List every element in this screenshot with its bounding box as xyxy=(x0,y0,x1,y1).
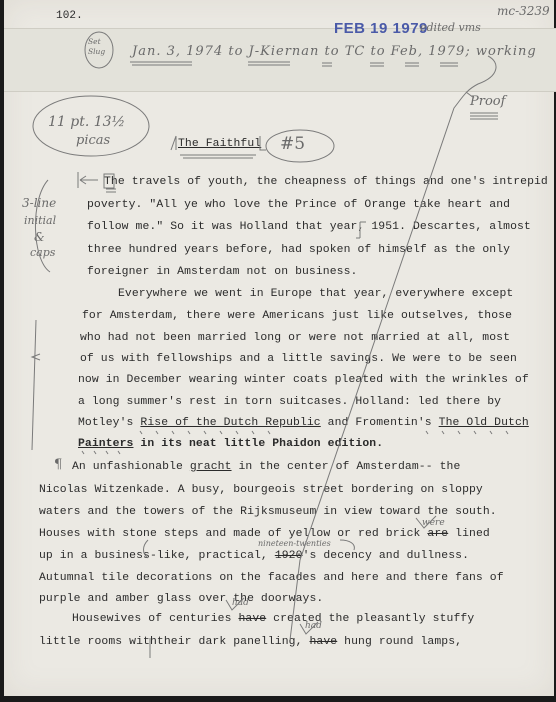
struck-word: 1920 xyxy=(275,550,303,562)
foreign-word: gracht xyxy=(190,461,232,473)
chapter-marker: #5 xyxy=(280,134,305,154)
text-fragment: hung round lamps, xyxy=(337,636,462,648)
text-line: Autumnal tile decorations on the facades… xyxy=(39,572,504,584)
text-line: poverty. "All ye who love the Prince of … xyxy=(87,199,510,211)
text-line: Painters in its neat little Phaidon edit… xyxy=(78,438,383,450)
text-line: who had not been married long or were no… xyxy=(80,332,510,344)
text-fragment: little rooms with xyxy=(39,636,157,648)
text-line: little rooms withtheir dark panelling, h… xyxy=(39,636,462,648)
text-line: The travels of youth, the cheapness of t… xyxy=(104,176,548,188)
catalog-number: mc-3239 xyxy=(497,4,550,18)
text-line: foreigner in Amsterdam not on business. xyxy=(87,266,357,278)
book-title: The Old Dutch xyxy=(439,417,529,429)
text-fragment: in its neat little Phaidon edition. xyxy=(133,438,383,450)
type-spec-note-2: picas xyxy=(76,133,110,148)
struck-word: are xyxy=(427,528,448,540)
page-number: 102. xyxy=(56,10,83,22)
text-line: Housewives of centuries have created the… xyxy=(72,613,474,625)
text-fragment: their dark panelling, xyxy=(157,636,310,648)
slug-circle-note: Set Slug xyxy=(88,37,112,57)
text-fragment: up in a business-like, practical, xyxy=(39,550,275,562)
stamp-note: edited vms xyxy=(420,21,481,34)
text-line: a long summer's rest in torn suitcases. … xyxy=(78,396,501,408)
text-line: Motley's Rise of the Dutch Republic and … xyxy=(78,417,529,429)
text-fragment: Houses with stone steps and made of yell… xyxy=(39,528,427,540)
text-line: follow me." So it was Holland that year,… xyxy=(87,221,531,233)
text-fragment: lined xyxy=(448,528,490,540)
struck-word: have xyxy=(310,636,338,648)
pasted-slug-strip xyxy=(4,28,556,92)
text-line: An unfashionable gracht in the center of… xyxy=(72,461,460,473)
text-fragment: and Fromentin's xyxy=(321,417,439,429)
struck-word: have xyxy=(238,613,266,625)
text-line: waters and the towers of the Rijksmuseum… xyxy=(39,506,497,518)
insert-note: had xyxy=(232,598,249,608)
text-line: for Amsterdam, there were Americans just… xyxy=(82,310,512,322)
indent-note-4: caps xyxy=(30,246,55,259)
text-line: Nicolas Witzenkade. A busy, bourgeois st… xyxy=(39,484,483,496)
text-line: three hundred years before, had spoken o… xyxy=(87,244,510,256)
text-fragment: Motley's xyxy=(78,417,140,429)
paragraph-mark: ¶ xyxy=(54,457,62,472)
text-line: Everywhere we went in Europe that year, … xyxy=(118,288,513,300)
indent-note-3: & xyxy=(34,230,45,244)
page-title: The Faithful xyxy=(178,138,261,150)
text-fragment: An unfashionable xyxy=(72,461,190,473)
text-fragment: Housewives of centuries xyxy=(72,613,238,625)
insert-note: were xyxy=(422,518,445,528)
insert-note: nineteen-twenties xyxy=(258,539,331,548)
indent-note-1: 3-line xyxy=(22,196,56,210)
date-stamp: FEB 19 1979 xyxy=(334,20,428,37)
slug-history-note: Jan. 3, 1974 to J-Kiernan to TC to Feb, … xyxy=(132,44,537,59)
text-fragment: in the center of Amsterdam-- the xyxy=(232,461,461,473)
book-title: Rise of the Dutch Republic xyxy=(140,417,320,429)
insert-note: had xyxy=(305,621,322,631)
text-line: up in a business-like, practical, 1920's… xyxy=(39,550,469,562)
text-fragment: 's decency and dullness. xyxy=(303,550,469,562)
text-line: now in December wearing winter coats ple… xyxy=(78,374,529,386)
text-line: purple and amber glass over the doorways… xyxy=(39,593,323,605)
text-line: of us with fellowships and a little savi… xyxy=(80,353,517,365)
proof-note: Proof xyxy=(470,94,505,109)
book-title: Painters xyxy=(78,438,133,450)
indent-note-2: initial xyxy=(24,214,56,227)
type-spec-note: 11 pt. 13½ xyxy=(48,114,125,130)
text-fragment: created the pleasantly stuffy xyxy=(266,613,474,625)
